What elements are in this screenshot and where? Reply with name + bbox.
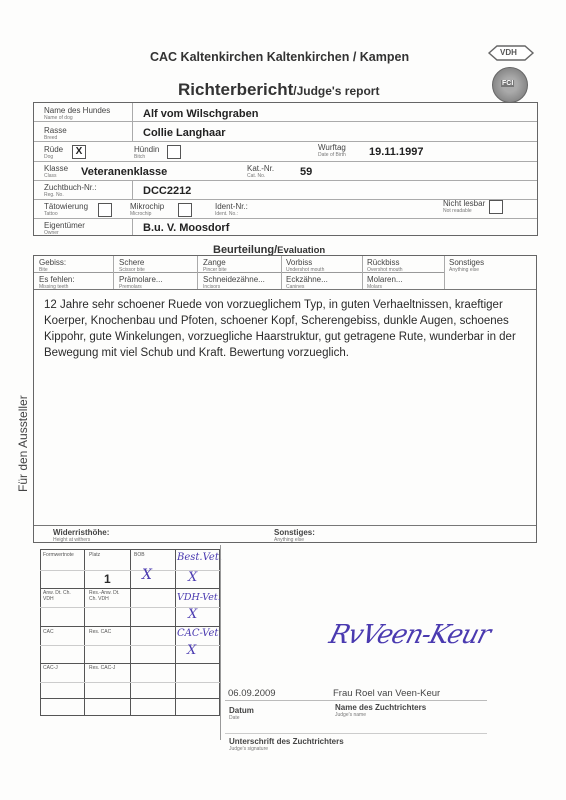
male-checkbox[interactable]: X: [72, 145, 86, 159]
cac-vet-handwritten: CAC-Vet.: [177, 628, 222, 639]
pincer-bite: ZangePincer bite: [203, 258, 227, 273]
fci-logo: FCI: [492, 67, 528, 103]
not-readable-checkbox[interactable]: [489, 200, 503, 214]
best-vet-mark: X: [188, 570, 197, 585]
molars: Molaren...Molars: [367, 275, 403, 290]
results-header-formwert: Formwertnote: [43, 552, 74, 558]
scissor-bite: SchereScissor bite: [119, 258, 145, 273]
judge-name-label: Name des ZuchtrichtersJudge's name: [335, 703, 426, 718]
height-label: Widerristhöhe:Height at withers: [53, 528, 109, 543]
dog-name-value: Alf vom Wilschgraben: [143, 108, 258, 120]
not-readable-label: Nicht lesbarNot readable: [443, 199, 485, 214]
report-text: 12 Jahre sehr schoener Ruede von vorzueg…: [44, 297, 534, 361]
incisors: Schneidezähne...Incisors: [203, 275, 265, 290]
canines: Eckzähne...Canines: [286, 275, 328, 290]
birth-value: 19.11.1997: [369, 146, 423, 158]
date-label: DatumDate: [229, 706, 254, 721]
results-header-cac-j: CAC-J: [43, 665, 58, 671]
name-label: Name des HundesName of dog: [44, 106, 110, 121]
male-label: RüdeDog: [44, 145, 63, 160]
other-label: Sonstiges:Anything else: [274, 528, 315, 543]
title-en: /Judge's report: [293, 84, 379, 98]
results-header-res-anw: Res.-Anw. Dt. Ch. VDH: [89, 590, 127, 602]
side-label: Für den Aussteller: [16, 382, 30, 492]
vdh-vet-mark: X: [188, 607, 197, 622]
date-value: 06.09.2009: [228, 688, 276, 699]
results-header-anw: Anw. Dt. Ch. VDH: [43, 590, 81, 602]
results-header-res-cac: Res. CAC: [89, 629, 111, 635]
results-header-platz: Platz: [89, 552, 100, 558]
results-header-bob: BOB: [134, 552, 145, 558]
tattoo-checkbox[interactable]: [98, 203, 112, 217]
reg-no-value: DCC2212: [143, 185, 191, 197]
tattoo-label: TätowierungTattoo: [44, 202, 88, 217]
results-header-cac: CAC: [43, 629, 54, 635]
handwritten-signature: RvVeen-Keur: [326, 620, 493, 650]
page-title: Richterbericht/Judge's report: [178, 80, 379, 100]
event-title: CAC Kaltenkirchen Kaltenkirchen / Kampen: [150, 50, 409, 64]
reg-no-label: Zuchtbuch-Nr.:Reg. No.: [44, 183, 96, 198]
owner-value: B.u. V. Moosdorf: [143, 222, 229, 234]
microchip-checkbox[interactable]: [178, 203, 192, 217]
missing-teeth: Es fehlen:Missing teeth: [39, 275, 75, 290]
platz-value: 1: [104, 572, 111, 586]
cat-no-value: 59: [300, 166, 312, 178]
cac-vet-mark: X: [187, 643, 196, 658]
vdh-vet-handwritten: VDH-Vet.: [177, 592, 221, 603]
teeth-other: SonstigesAnything else: [449, 258, 484, 273]
overshot-mouth: RückbissOvershot mouth: [367, 258, 403, 273]
female-checkbox[interactable]: [167, 145, 181, 159]
female-label: HündinBitch: [134, 145, 159, 160]
birth-label: WurftagDate of Birth: [318, 143, 346, 158]
cat-no-label: Kat.-Nr.Cat. No.: [247, 164, 274, 179]
breed-value: Collie Langhaar: [143, 127, 226, 139]
bite-label: Gebiss:Bite: [39, 258, 66, 273]
results-header-res-cac-j: Res. CAC-J: [89, 665, 115, 671]
signature-label: Unterschrift des ZuchtrichtersJudge's si…: [229, 737, 344, 752]
breed-label: RasseBreed: [44, 126, 67, 141]
class-value: Veteranenklasse: [81, 166, 167, 178]
microchip-label: MikrochipMicrochip: [130, 202, 164, 217]
judge-name-value: Frau Roel van Veen-Keur: [333, 688, 440, 699]
vdh-logo: VDH: [487, 44, 535, 62]
bob-mark: X: [142, 567, 152, 583]
ident-label: Ident-Nr.:Ident. No.:: [215, 202, 248, 217]
premolars: Prämolare...Premolars: [119, 275, 163, 290]
undershot-mouth: VorbissUndershot mouth: [286, 258, 324, 273]
best-vet-handwritten: Best.Vet.: [177, 552, 222, 563]
title-de: Richterbericht: [178, 80, 293, 99]
class-label: KlasseClass: [44, 164, 68, 179]
owner-label: EigentümerOwner: [44, 221, 85, 236]
